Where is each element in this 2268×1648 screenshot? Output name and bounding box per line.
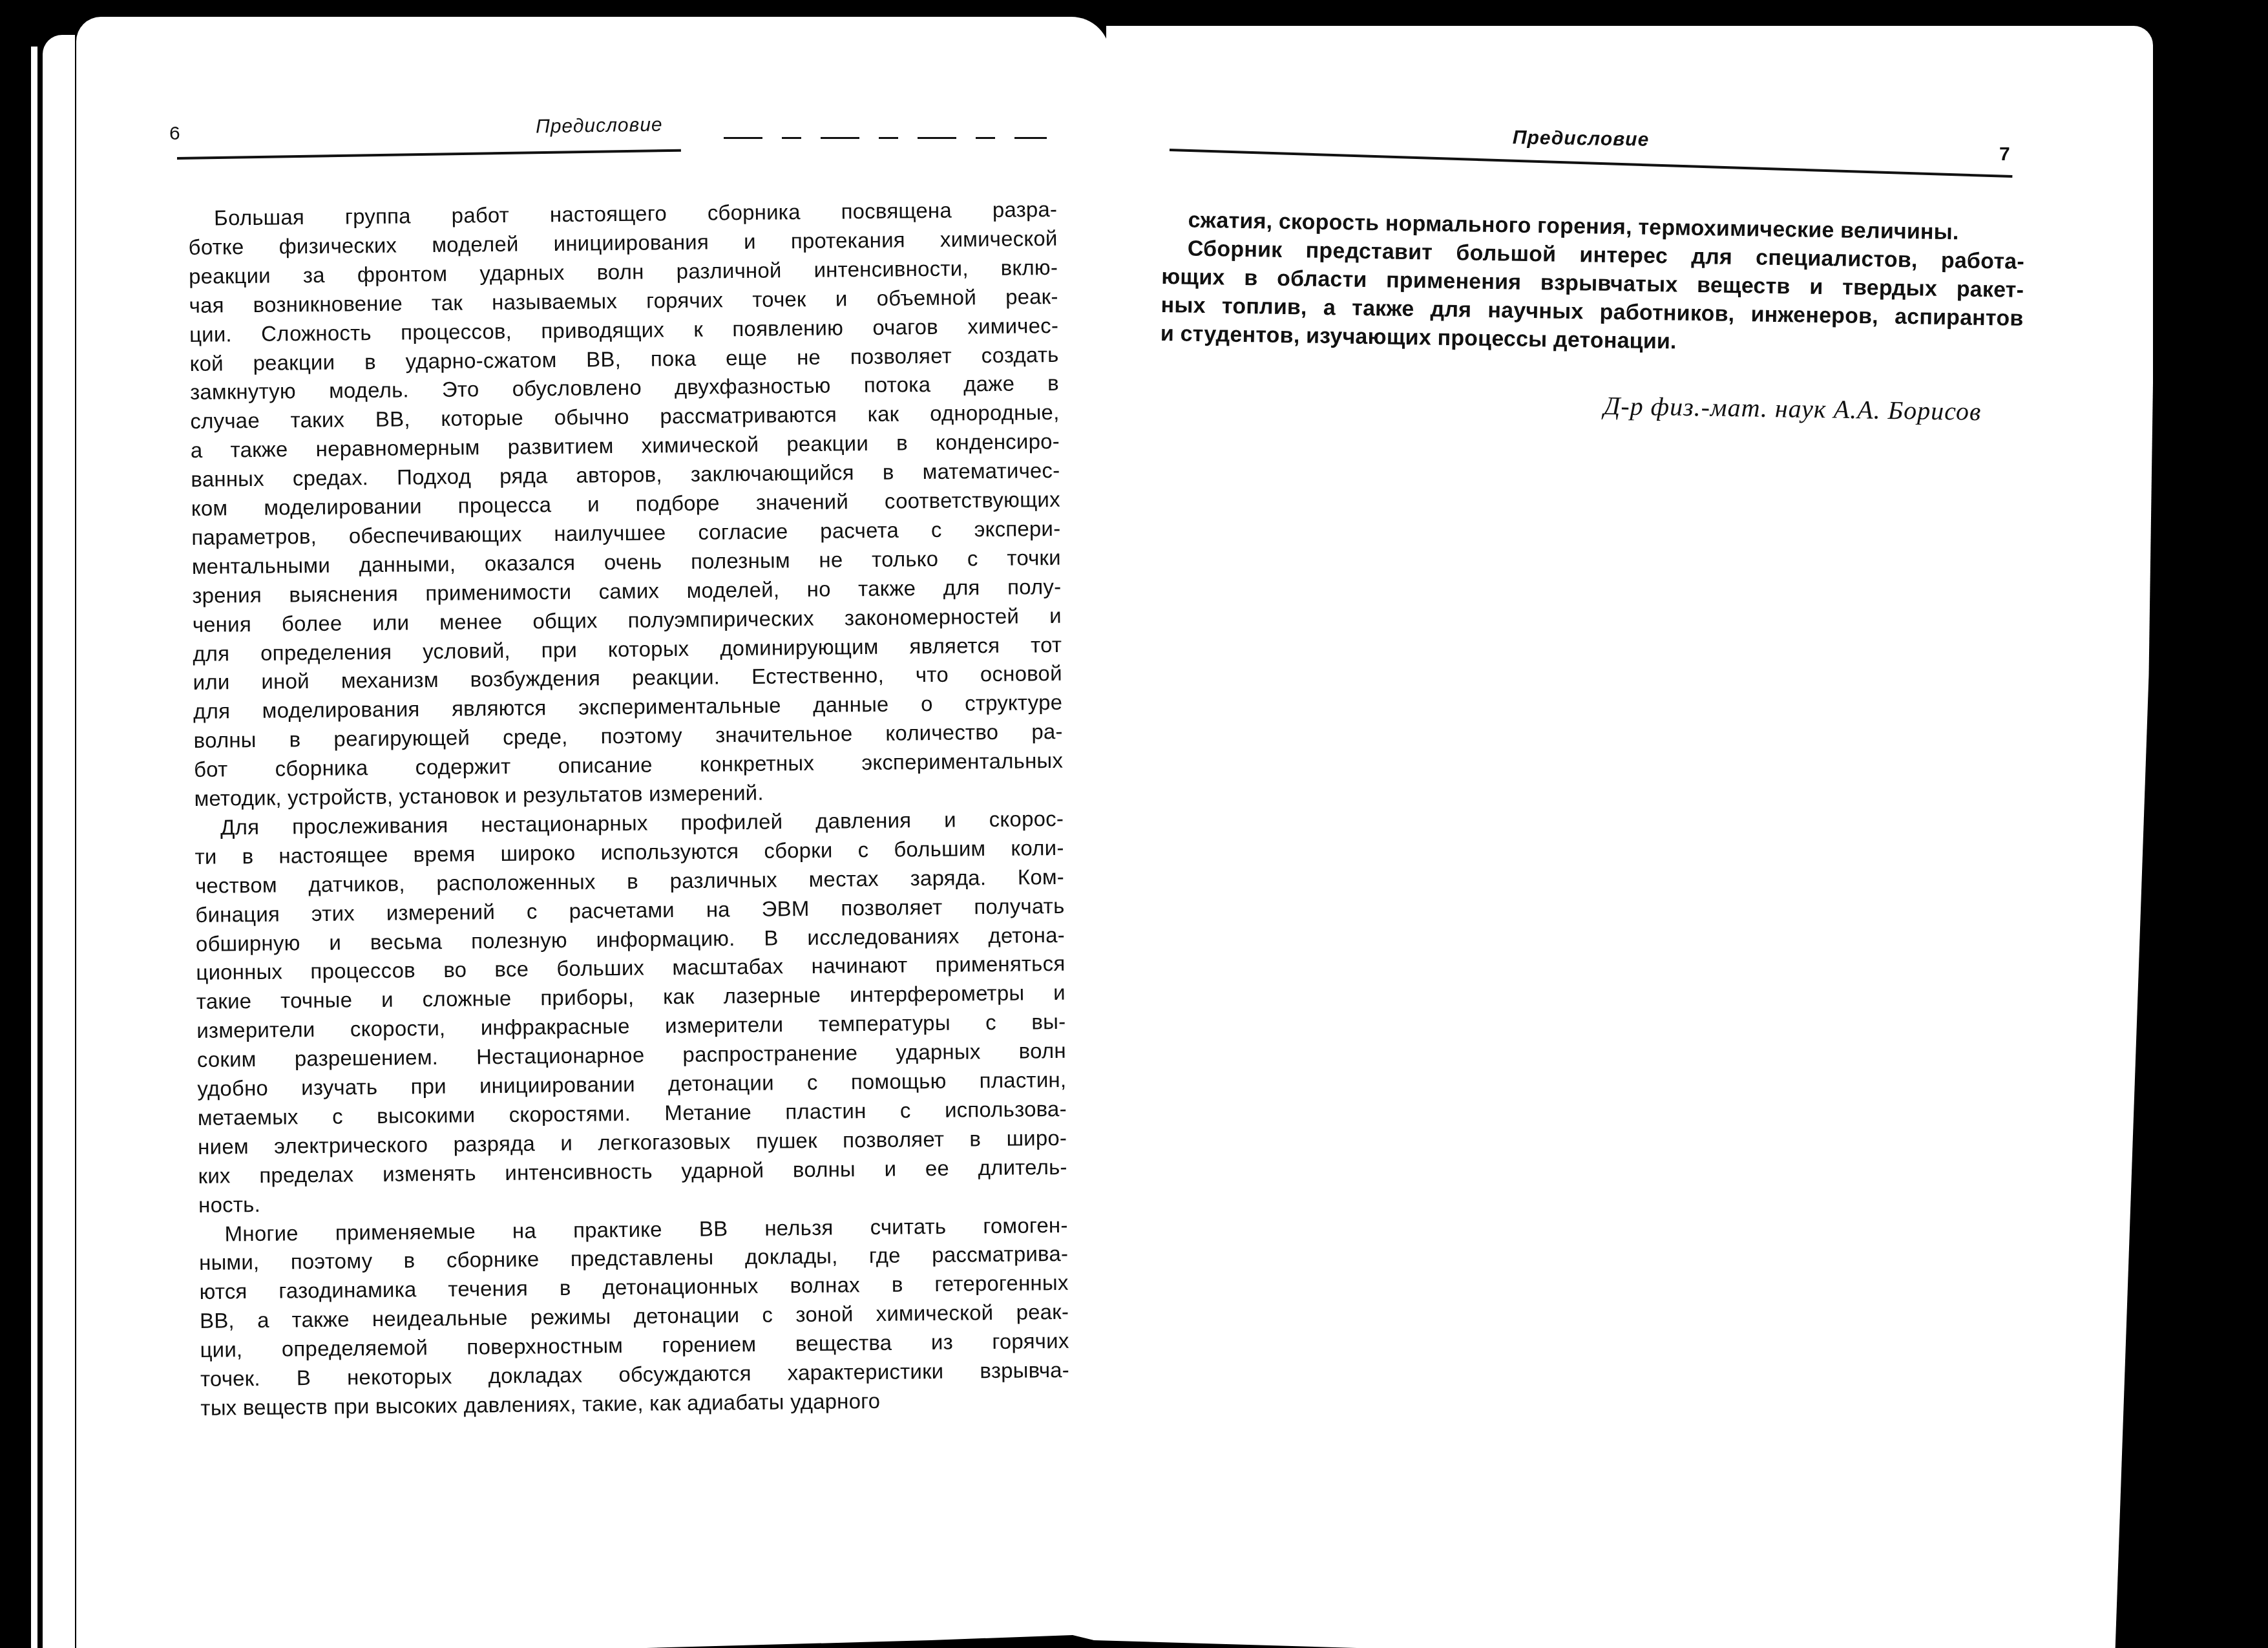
right-running-header: Предисловие — [1513, 127, 1650, 151]
left-header-rule-broken — [724, 137, 1047, 139]
preface-signature: Д-р физ.-мат. наук А.А. Борисов — [1604, 390, 1982, 427]
book-page-edge — [31, 47, 37, 1648]
left-page-number: 6 — [169, 123, 180, 145]
book-page-edge — [43, 35, 75, 1648]
left-running-header: Предисловие — [536, 114, 663, 138]
right-page-number: 7 — [1999, 143, 2010, 165]
